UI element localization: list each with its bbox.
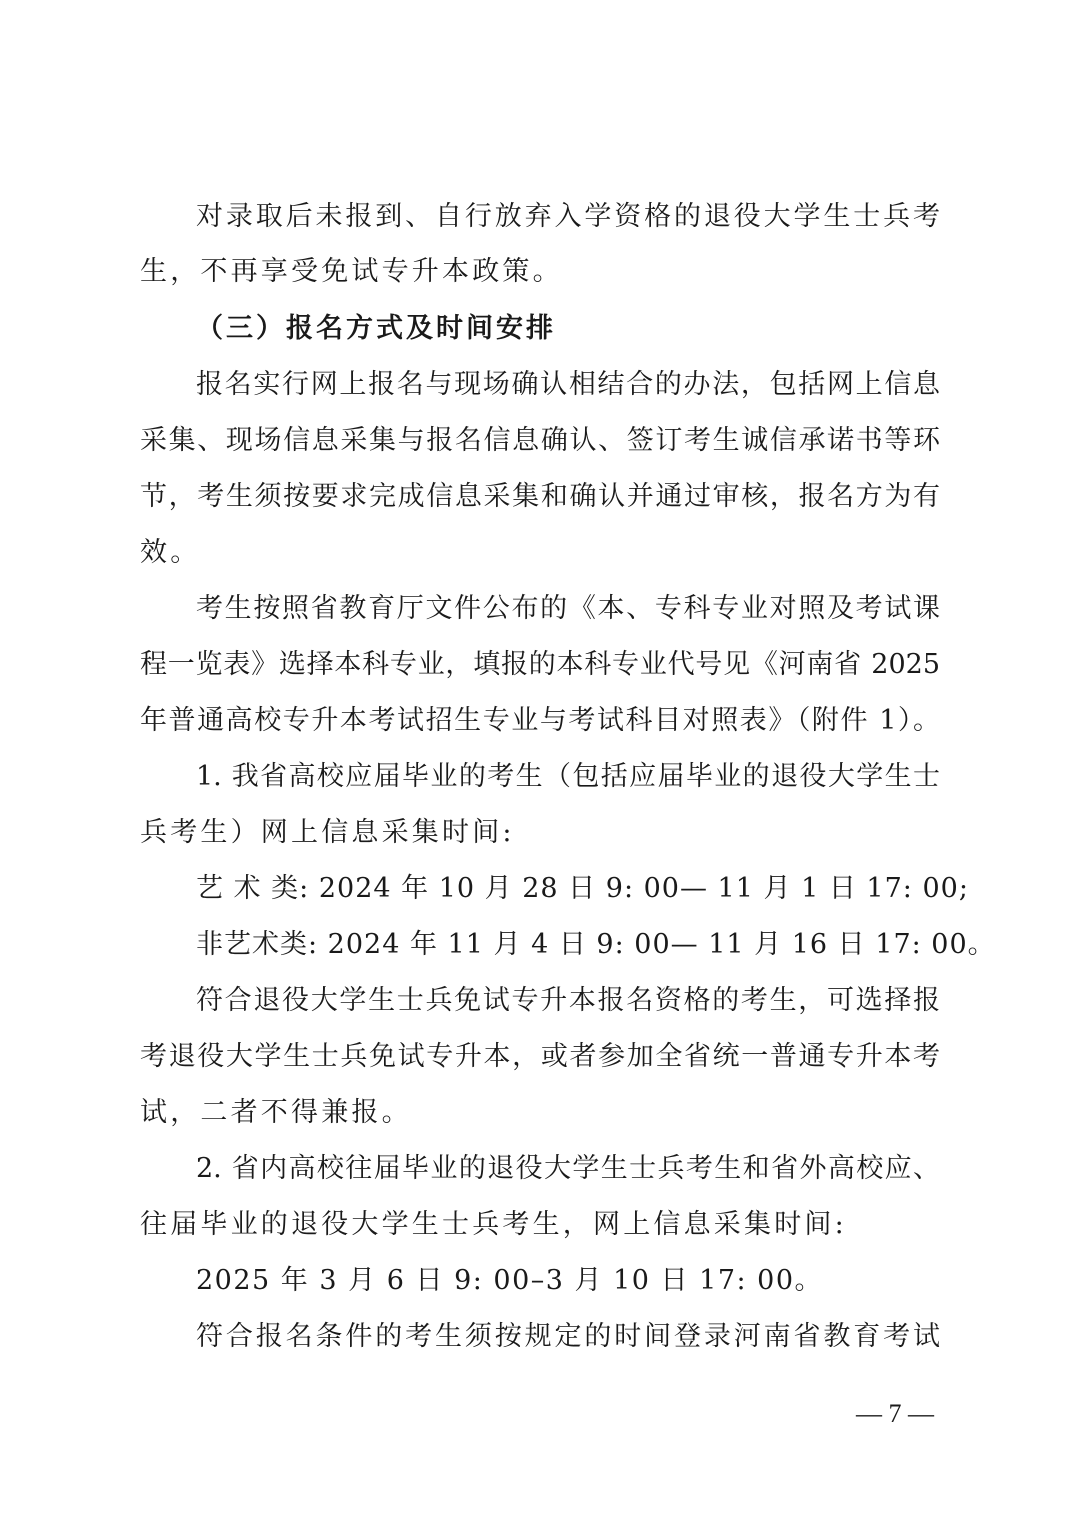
paragraph-line: 2. 省内高校往届毕业的退役大学生士兵考生和省外高校应、 (196, 1152, 940, 1186)
paragraph-line: 效。 (140, 536, 940, 570)
paragraph-line: 程一览表》选择本科专业，填报的本科专业代号见《河南省 2025 (140, 648, 940, 682)
schedule-line-non-art: 非艺术类: 2024 年 11 月 4 日 9: 00— 11 月 16 日 1… (196, 928, 940, 962)
paragraph-line: 符合退役大学生士兵免试专升本报名资格的考生，可选择报 (196, 984, 940, 1018)
paragraph-line: 年普通高校专升本考试招生专业与考试科目对照表》（附件 1）。 (140, 704, 940, 738)
paragraph-line: 往届毕业的退役大学生士兵考生，网上信息采集时间: (140, 1208, 940, 1242)
section-heading: （三）报名方式及时间安排 (196, 312, 940, 346)
document-page: 对录取后未报到、自行放弃入学资格的退役大学生士兵考 生，不再享受免试专升本政策。… (0, 0, 1080, 1527)
schedule-line-art: 艺 术 类: 2024 年 10 月 28 日 9: 00— 11 月 1 日 … (196, 872, 940, 906)
page-number: — 7 — (850, 1398, 940, 1430)
schedule-line-2025: 2025 年 3 月 6 日 9: 00–3 月 10 日 17: 00。 (196, 1264, 940, 1298)
paragraph-line: 对录取后未报到、自行放弃入学资格的退役大学生士兵考 (196, 200, 940, 234)
paragraph-line: 兵考生）网上信息采集时间: (140, 816, 940, 850)
paragraph-line: 报名实行网上报名与现场确认相结合的办法，包括网上信息 (196, 368, 940, 402)
paragraph-line: 考退役大学生士兵免试专升本，或者参加全省统一普通专升本考 (140, 1040, 940, 1074)
paragraph-line: 试，二者不得兼报。 (140, 1096, 940, 1130)
paragraph-line: 考生按照省教育厅文件公布的《本、专科专业对照及考试课 (196, 592, 940, 626)
paragraph-line: 1. 我省高校应届毕业的考生（包括应届毕业的退役大学生士 (196, 760, 940, 794)
paragraph-line: 节，考生须按要求完成信息采集和确认并通过审核，报名方为有 (140, 480, 940, 514)
paragraph-line: 生，不再享受免试专升本政策。 (140, 255, 940, 289)
paragraph-line: 采集、现场信息采集与报名信息确认、签订考生诚信承诺书等环 (140, 424, 940, 458)
paragraph-line: 符合报名条件的考生须按规定的时间登录河南省教育考试 (196, 1320, 940, 1354)
